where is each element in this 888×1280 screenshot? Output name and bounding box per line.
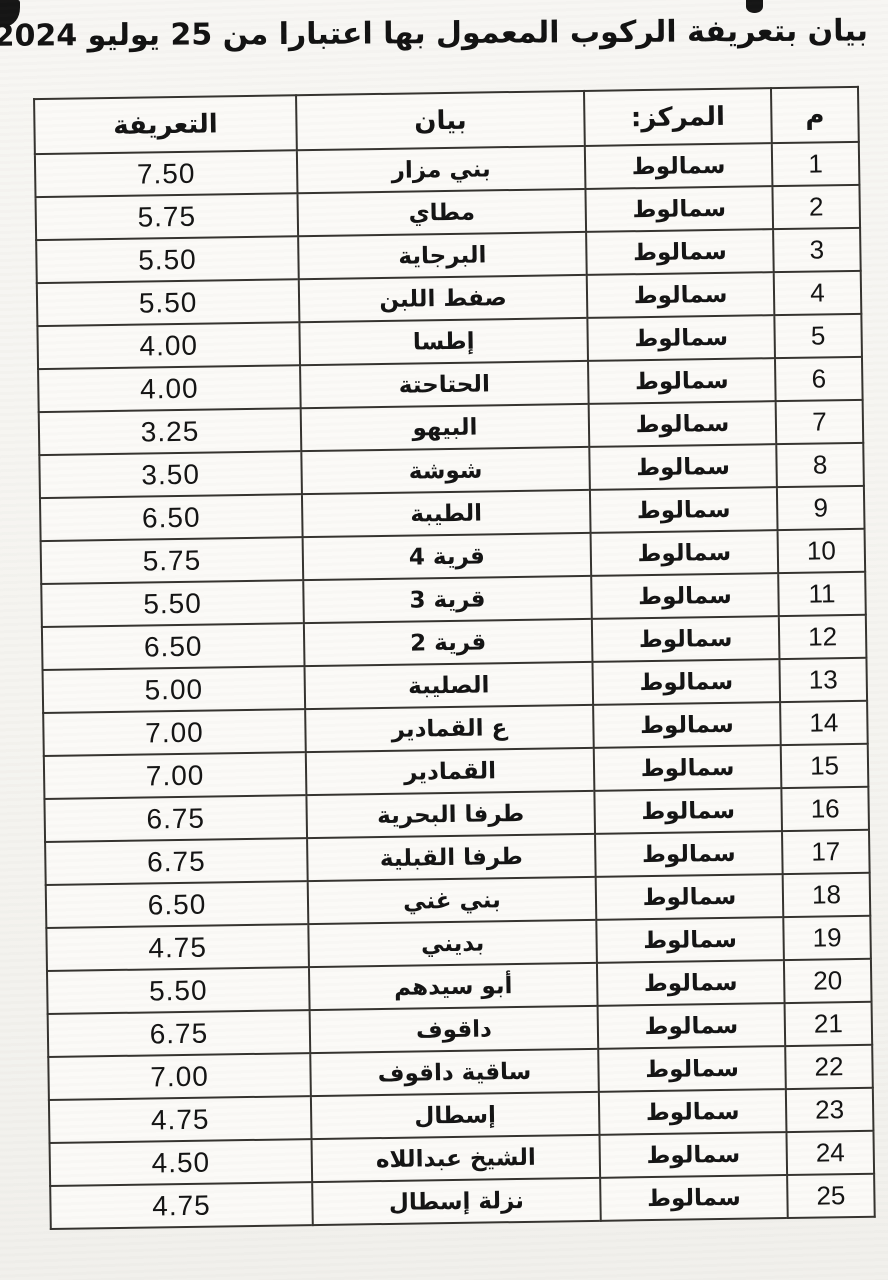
row-number-cell: 15 (781, 744, 869, 788)
tariff-cell: 6.75 (44, 795, 307, 842)
row-number-cell: 10 (778, 529, 866, 573)
row-number-cell: 25 (787, 1174, 875, 1218)
center-cell: سمالوط (593, 702, 781, 748)
center-cell: سمالوط (588, 358, 776, 404)
table-body: 1 سمالوط بني مزار 7.50 2 سمالوط مطاي 5.7… (35, 142, 875, 1229)
row-number-cell: 22 (785, 1045, 873, 1089)
place-name-cell: قرية 2 (304, 619, 593, 666)
row-number-cell: 24 (786, 1131, 874, 1175)
place-name-cell: إطسا (299, 318, 588, 365)
row-number-cell: 11 (778, 572, 866, 616)
center-cell: سمالوط (589, 401, 777, 447)
tariff-cell: 6.50 (40, 494, 303, 541)
row-number-cell: 21 (785, 1002, 873, 1046)
tariff-cell: 5.50 (37, 279, 300, 326)
place-name-cell: طرفا البحرية (306, 791, 595, 838)
row-number-cell: 9 (777, 486, 865, 530)
place-name-cell: الحتاحتة (300, 361, 589, 408)
center-cell: سمالوط (594, 745, 782, 791)
row-number-cell: 3 (773, 228, 861, 272)
place-name-cell: بني غني (308, 877, 597, 924)
center-cell: سمالوط (600, 1175, 788, 1221)
tariff-cell: 4.00 (38, 365, 301, 412)
tariff-cell: 5.50 (41, 580, 304, 627)
tariff-cell: 5.75 (36, 193, 299, 240)
scanned-document-page: بيان بتعريفة الركوب المعمول بها اعتبارا … (0, 0, 888, 1280)
place-name-cell: نزلة إسطال (312, 1178, 601, 1225)
tariff-cell: 3.25 (39, 408, 302, 455)
place-name-cell: البرجاية (298, 232, 587, 279)
fare-table: م المركز: بيان التعريفة 1 سمالوط بني مزا… (33, 86, 876, 1230)
center-cell: سمالوط (587, 272, 775, 318)
row-number-cell: 5 (774, 314, 862, 358)
row-number-cell: 13 (779, 658, 867, 702)
place-name-cell: قرية 3 (303, 576, 592, 623)
row-number-cell: 8 (776, 443, 864, 487)
center-cell: سمالوط (590, 487, 778, 533)
tariff-cell: 6.75 (48, 1010, 311, 1057)
tariff-cell: 5.50 (36, 236, 299, 283)
tariff-cell: 5.00 (43, 666, 306, 713)
tariff-cell: 7.00 (44, 752, 307, 799)
center-cell: سمالوط (591, 573, 779, 619)
place-name-cell: مطاي (297, 189, 586, 236)
tariff-cell: 4.75 (49, 1096, 312, 1143)
row-number-cell: 2 (772, 185, 860, 229)
header-tariff: التعريفة (34, 95, 297, 154)
tariff-cell: 6.75 (45, 838, 308, 885)
tariff-cell: 7.00 (43, 709, 306, 756)
place-name-cell: ساقية داقوف (310, 1049, 599, 1096)
place-name-cell: ع القمادير (305, 705, 594, 752)
row-number-cell: 17 (782, 830, 870, 874)
center-cell: سمالوط (597, 960, 785, 1006)
place-name-cell: صفط اللبن (299, 275, 588, 322)
place-name-cell: بني مزار (297, 146, 586, 193)
fare-table-container: م المركز: بيان التعريفة 1 سمالوط بني مزا… (33, 86, 874, 1230)
tariff-cell: 7.00 (48, 1053, 311, 1100)
center-cell: سمالوط (594, 788, 782, 834)
header-statement: بيان (296, 91, 585, 150)
place-name-cell: داقوف (310, 1006, 599, 1053)
center-cell: سمالوط (592, 616, 780, 662)
center-cell: سمالوط (599, 1132, 787, 1178)
place-name-cell: طرفا القبلية (307, 834, 596, 881)
place-name-cell: القمادير (306, 748, 595, 795)
row-number-cell: 20 (784, 959, 872, 1003)
tariff-cell: 4.75 (50, 1182, 313, 1229)
tariff-cell: 6.50 (46, 881, 309, 928)
place-name-cell: أبو سيدهم (309, 963, 598, 1010)
center-cell: سمالوط (589, 444, 777, 490)
tariff-cell: 3.50 (39, 451, 302, 498)
tariff-cell: 7.50 (35, 150, 298, 197)
row-number-cell: 12 (779, 615, 867, 659)
tariff-cell: 5.50 (47, 967, 310, 1014)
place-name-cell: شوشة (301, 447, 590, 494)
place-name-cell: الطيبة (302, 490, 591, 537)
row-number-cell: 23 (786, 1088, 874, 1132)
center-cell: سمالوط (595, 831, 783, 877)
row-number-cell: 7 (776, 400, 864, 444)
center-cell: سمالوط (596, 917, 784, 963)
place-name-cell: بديني (308, 920, 597, 967)
center-cell: سمالوط (586, 229, 774, 275)
tariff-cell: 6.50 (42, 623, 305, 670)
row-number-cell: 4 (774, 271, 862, 315)
header-center: المركز: (584, 88, 772, 146)
row-number-cell: 18 (783, 873, 871, 917)
center-cell: سمالوط (598, 1003, 786, 1049)
tariff-cell: 4.00 (37, 322, 300, 369)
place-name-cell: إسطال (311, 1092, 600, 1139)
center-cell: سمالوط (596, 874, 784, 920)
center-cell: سمالوط (599, 1089, 787, 1135)
place-name-cell: الصليبة (305, 662, 594, 709)
center-cell: سمالوط (587, 315, 775, 361)
place-name-cell: الشيخ عبداللاه (312, 1135, 601, 1182)
tariff-cell: 4.75 (46, 924, 309, 971)
center-cell: سمالوط (591, 530, 779, 576)
center-cell: سمالوط (585, 143, 773, 189)
center-cell: سمالوط (598, 1046, 786, 1092)
row-number-cell: 14 (780, 701, 868, 745)
tariff-cell: 5.75 (41, 537, 304, 584)
scan-artifact-top-right (746, 0, 763, 13)
center-cell: سمالوط (585, 186, 773, 232)
center-cell: سمالوط (592, 659, 780, 705)
row-number-cell: 19 (783, 916, 871, 960)
row-number-cell: 1 (772, 142, 860, 186)
tariff-cell: 4.50 (50, 1139, 313, 1186)
document-title: بيان بتعريفة الركوب المعمول بها اعتبارا … (24, 13, 868, 53)
place-name-cell: قرية 4 (303, 533, 592, 580)
header-row-number: م (771, 87, 859, 143)
row-number-cell: 16 (781, 787, 869, 831)
row-number-cell: 6 (775, 357, 863, 401)
place-name-cell: البيهو (301, 404, 590, 451)
